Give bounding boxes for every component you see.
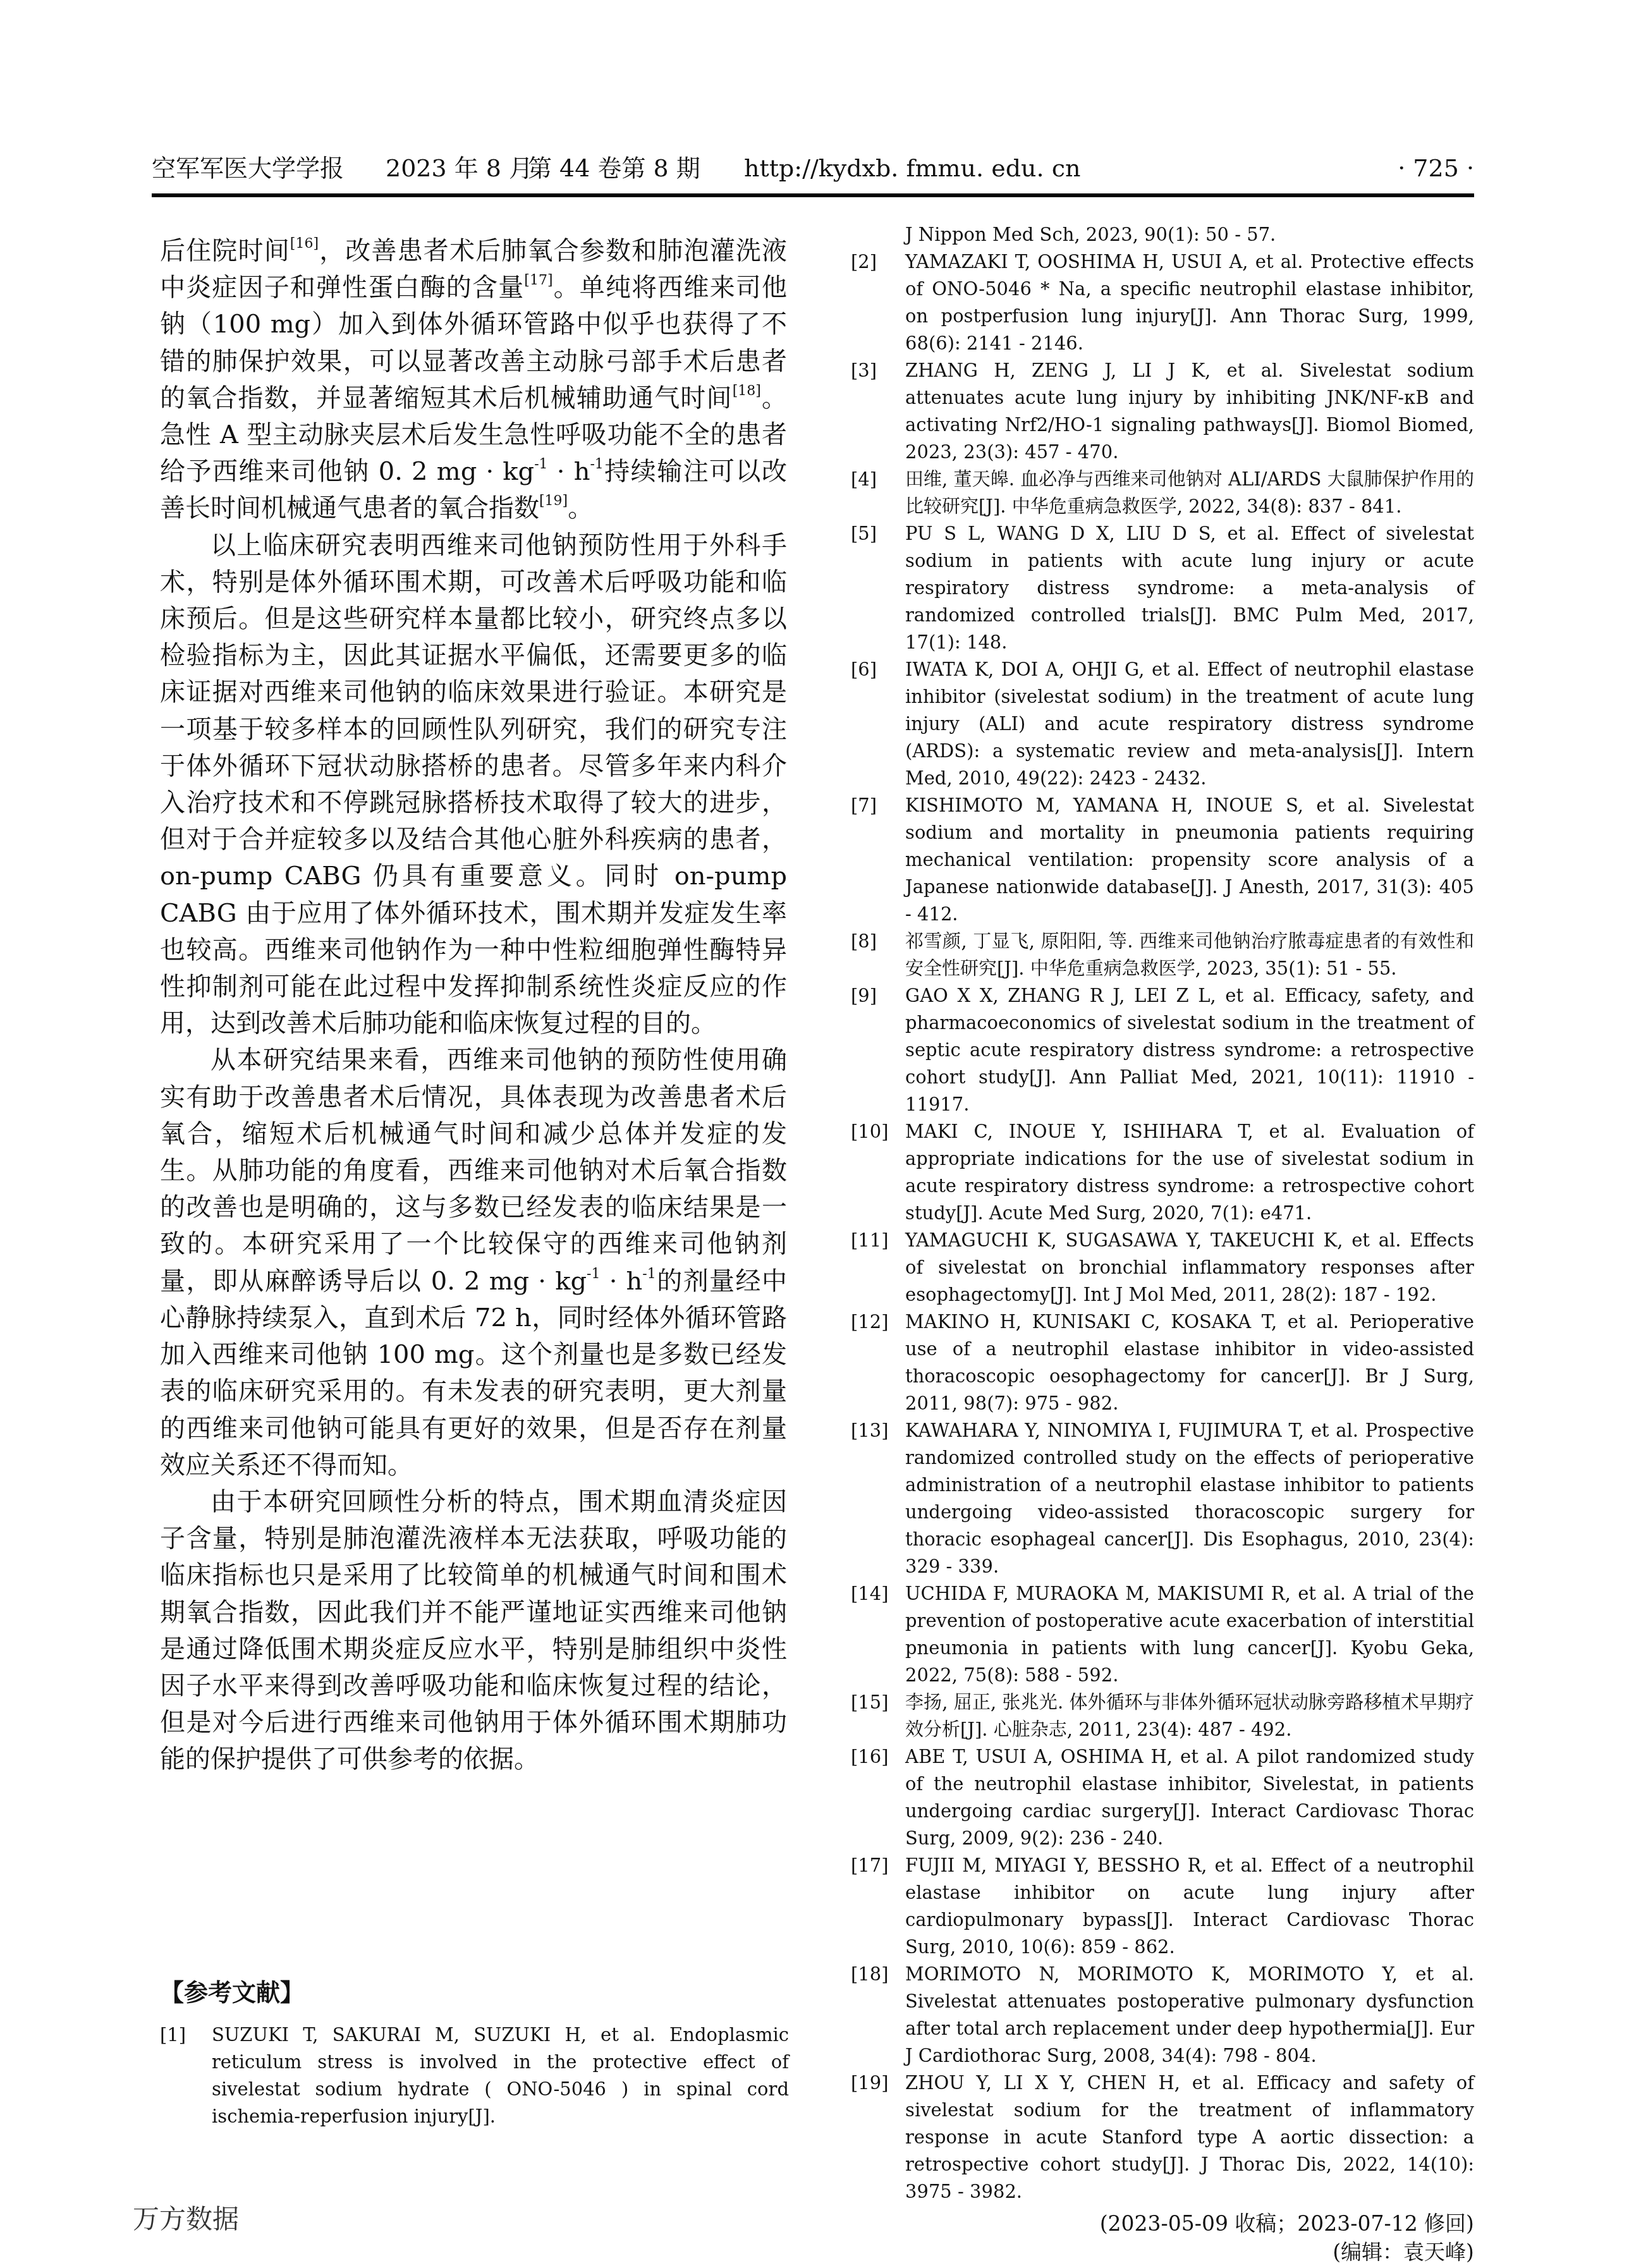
reference-item: [16]ABE T, USUI A, OSHIMA H, et al. A pi… xyxy=(851,1743,1474,1852)
references-heading: 【参考文献】 xyxy=(160,1975,304,2010)
reference-number: [9] xyxy=(851,982,905,1118)
reference-item: [14]UCHIDA F, MURAOKA M, MAKISUMI R, et … xyxy=(851,1580,1474,1689)
reference-text: YAMAGUCHI K, SUGASAWA Y, TAKEUCHI K, et … xyxy=(905,1227,1474,1308)
reference-number: [3] xyxy=(851,357,905,466)
reference-item: [15]李扬, 屈正, 张兆光. 体外循环与非体外循环冠状动脉旁路移植术早期疗效… xyxy=(851,1689,1474,1743)
received-dates: (2023-05-09 收稿；2023-07-12 修回) xyxy=(851,2209,1474,2238)
citation-superscript: [16] xyxy=(290,236,319,252)
reference-number: [6] xyxy=(851,656,905,792)
reference-list-left: [1] SUZUKI T, SAKURAI M, SUZUKI H, et al… xyxy=(160,2021,789,2130)
reference-item: [4]田维, 董天皞. 血必净与西维来司他钠对 ALI/ARDS 大鼠肺保护作用… xyxy=(851,466,1474,520)
volume-issue: 第 44 卷第 8 期 xyxy=(528,149,700,187)
reference-item: [11]YAMAGUCHI K, SUGASAWA Y, TAKEUCHI K,… xyxy=(851,1227,1474,1308)
page-number: · 725 · xyxy=(1398,149,1474,187)
reference-list-right: J Nippon Med Sch, 2023, 90(1): 50 - 57. … xyxy=(851,221,1474,2266)
body-text-segment: · h xyxy=(548,457,590,486)
reference-item: [17]FUJII M, MIYAGI Y, BESSHO R, et al. … xyxy=(851,1852,1474,1961)
citation-superscript: -1 xyxy=(642,1266,656,1282)
reference-number: [7] xyxy=(851,792,905,928)
reference-number: [11] xyxy=(851,1227,905,1308)
reference-text: FUJII M, MIYAGI Y, BESSHO R, et al. Effe… xyxy=(905,1852,1474,1961)
header-rule xyxy=(152,193,1474,197)
reference-text: ZHANG H, ZENG J, LI J K, et al. Sivelest… xyxy=(905,357,1474,466)
running-header: 空军军医大学学报 2023 年 8 月 第 44 卷第 8 期 http://k… xyxy=(152,149,1474,187)
reference-number: [18] xyxy=(851,1961,905,2070)
reference-continuation: J Nippon Med Sch, 2023, 90(1): 50 - 57. xyxy=(851,221,1474,248)
reference-text: MAKI C, INOUE Y, ISHIHARA T, et al. Eval… xyxy=(905,1118,1474,1227)
reference-number: [2] xyxy=(851,248,905,357)
body-paragraph: 后住院时间[16]，改善患者术后肺氧合参数和肺泡灌洗液中炎症因子和弹性蛋白酶的含… xyxy=(160,233,787,527)
reference-number: [1] xyxy=(160,2021,212,2130)
reference-text: IWATA K, DOI A, OHJI G, et al. Effect of… xyxy=(905,656,1474,792)
reference-item: [19]ZHOU Y, LI X Y, CHEN H, et al. Effic… xyxy=(851,2070,1474,2205)
reference-number: [4] xyxy=(851,466,905,520)
journal-name: 空军军医大学学报 xyxy=(152,149,344,187)
reference-text: SUZUKI T, SAKURAI M, SUZUKI H, et al. En… xyxy=(212,2021,789,2130)
citation-superscript: [19] xyxy=(539,493,568,509)
citation-superscript: [17] xyxy=(524,272,552,288)
reference-text: MAKINO H, KUNISAKI C, KOSAKA T, et al. P… xyxy=(905,1308,1474,1417)
citation-superscript: -1 xyxy=(590,456,603,472)
reference-text: 李扬, 屈正, 张兆光. 体外循环与非体外循环冠状动脉旁路移植术早期疗效分析[J… xyxy=(905,1689,1474,1743)
reference-text: UCHIDA F, MURAOKA M, MAKISUMI R, et al. … xyxy=(905,1580,1474,1689)
reference-number: [15] xyxy=(851,1689,905,1743)
reference-number: [12] xyxy=(851,1308,905,1417)
body-text-segment: 后住院时间 xyxy=(160,236,290,265)
reference-item: [13]KAWAHARA Y, NINOMIYA I, FUJIMURA T, … xyxy=(851,1417,1474,1580)
reference-number: [10] xyxy=(851,1118,905,1227)
reference-text: GAO X X, ZHANG R J, LEI Z L, et al. Effi… xyxy=(905,982,1474,1118)
reference-text: 田维, 董天皞. 血必净与西维来司他钠对 ALI/ARDS 大鼠肺保护作用的比较… xyxy=(905,466,1474,520)
body-text-segment: · h xyxy=(601,1267,643,1296)
citation-superscript: -1 xyxy=(534,456,547,472)
reference-number: [16] xyxy=(851,1743,905,1852)
reference-item: [3]ZHANG H, ZENG J, LI J K, et al. Sivel… xyxy=(851,357,1474,466)
body-text-segment: 由于本研究回顾性分析的特点，围术期血清炎症因子含量，特别是肺泡灌洗液样本无法获取… xyxy=(160,1487,787,1774)
reference-text: PU S L, WANG D X, LIU D S, et al. Effect… xyxy=(905,520,1474,656)
reference-text: YAMAZAKI T, OOSHIMA H, USUI A, et al. Pr… xyxy=(905,248,1474,357)
reference-item: [1] SUZUKI T, SAKURAI M, SUZUKI H, et al… xyxy=(160,2021,789,2130)
reference-number: [13] xyxy=(851,1417,905,1580)
reference-number: [17] xyxy=(851,1852,905,1961)
body-text-column: 后住院时间[16]，改善患者术后肺氧合参数和肺泡灌洗液中炎症因子和弹性蛋白酶的含… xyxy=(160,233,787,1778)
reference-item: [8]祁雪颜, 丁显飞, 原阳阳, 等. 西维来司他钠治疗脓毒症患者的有效性和安… xyxy=(851,928,1474,982)
reference-number: [8] xyxy=(851,928,905,982)
body-text-segment: 以上临床研究表明西维来司他钠预防性用于外科手术，特别是体外循环围术期，可改善术后… xyxy=(160,531,787,1039)
reference-text: KAWAHARA Y, NINOMIYA I, FUJIMURA T, et a… xyxy=(905,1417,1474,1580)
citation-superscript: [18] xyxy=(733,383,761,399)
reference-number: [19] xyxy=(851,2070,905,2205)
body-paragraph: 由于本研究回顾性分析的特点，围术期血清炎症因子含量，特别是肺泡灌洗液样本无法获取… xyxy=(160,1484,787,1778)
reference-text: ABE T, USUI A, OSHIMA H, et al. A pilot … xyxy=(905,1743,1474,1852)
reference-number: [5] xyxy=(851,520,905,656)
body-text-segment: 。 xyxy=(568,494,593,523)
reference-item: [7]KISHIMOTO M, YAMANA H, INOUE S, et al… xyxy=(851,792,1474,928)
body-paragraph: 以上临床研究表明西维来司他钠预防性用于外科手术，特别是体外循环围术期，可改善术后… xyxy=(160,527,787,1042)
reference-item: [2]YAMAZAKI T, OOSHIMA H, USUI A, et al.… xyxy=(851,248,1474,357)
reference-number: [14] xyxy=(851,1580,905,1689)
citation-superscript: -1 xyxy=(587,1266,600,1282)
body-text-segment: 的剂量经中心静脉持续泵入，直到术后 72 h，同时经体外循环管路加入西维来司他钠… xyxy=(160,1267,787,1480)
reference-item: [12]MAKINO H, KUNISAKI C, KOSAKA T, et a… xyxy=(851,1308,1474,1417)
reference-item: [18]MORIMOTO N, MORIMOTO K, MORIMOTO Y, … xyxy=(851,1961,1474,2070)
reference-text: KISHIMOTO M, YAMANA H, INOUE S, et al. S… xyxy=(905,792,1474,928)
reference-text: 祁雪颜, 丁显飞, 原阳阳, 等. 西维来司他钠治疗脓毒症患者的有效性和安全性研… xyxy=(905,928,1474,982)
journal-url[interactable]: http://kydxb. fmmu. edu. cn xyxy=(744,149,1080,187)
reference-item: [5]PU S L, WANG D X, LIU D S, et al. Eff… xyxy=(851,520,1474,656)
reference-item: [6]IWATA K, DOI A, OHJI G, et al. Effect… xyxy=(851,656,1474,792)
reference-item: [9]GAO X X, ZHANG R J, LEI Z L, et al. E… xyxy=(851,982,1474,1118)
issue-date: 2023 年 8 月 xyxy=(386,149,533,187)
reference-text: ZHOU Y, LI X Y, CHEN H, et al. Efficacy … xyxy=(905,2070,1474,2205)
body-text-segment: 从本研究结果来看，西维来司他钠的预防性使用确实有助于改善患者术后情况，具体表现为… xyxy=(160,1046,787,1295)
wanfang-watermark: 万方数据 xyxy=(133,2198,239,2236)
editor-credit: (编辑：袁天峰) xyxy=(851,2238,1474,2266)
reference-item: [10]MAKI C, INOUE Y, ISHIHARA T, et al. … xyxy=(851,1118,1474,1227)
body-paragraph: 从本研究结果来看，西维来司他钠的预防性使用确实有助于改善患者术后情况，具体表现为… xyxy=(160,1042,787,1483)
reference-text: MORIMOTO N, MORIMOTO K, MORIMOTO Y, et a… xyxy=(905,1961,1474,2070)
